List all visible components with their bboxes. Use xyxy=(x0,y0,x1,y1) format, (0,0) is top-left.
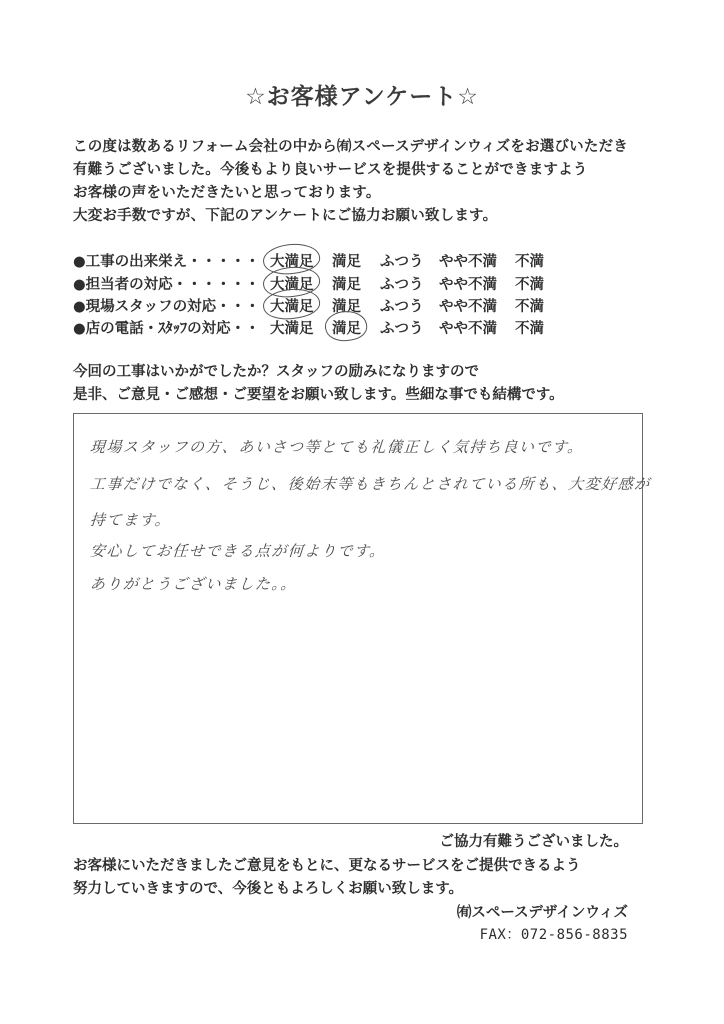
rating-option-very-satisfied[interactable]: 大満足 xyxy=(270,317,314,338)
rating-label: ●担当者の対応・・・・・・ xyxy=(73,273,260,294)
intro-line: お客様の声をいただきたいと思っております。 xyxy=(73,181,381,202)
rating-option-very-satisfied[interactable]: 大満足 xyxy=(270,295,314,316)
rating-option-neutral[interactable]: ふつう xyxy=(380,295,424,316)
company-name: ㈲スペースデザインウィズ xyxy=(457,901,628,922)
prompt-line: 是非、ご意見・ご感想・ご要望をお願い致します。些細な事でも結構です。 xyxy=(73,383,564,404)
rating-option-neutral[interactable]: ふつう xyxy=(380,273,424,294)
intro-line: 大変お手数ですが、下記のアンケートにご協力お願い致します。 xyxy=(73,204,497,225)
rating-option-dissatisfied[interactable]: 不満 xyxy=(515,250,544,271)
rating-option-dissatisfied[interactable]: 不満 xyxy=(515,295,544,316)
rating-label: ●現場スタッフの対応・・・ xyxy=(73,295,260,316)
rating-option-somewhat-dissatisfied[interactable]: やや不満 xyxy=(439,317,497,338)
rating-label: ●店の電話・ｽﾀｯﾌの対応・・ xyxy=(73,317,260,338)
rating-option-satisfied[interactable]: 満足 xyxy=(332,273,361,294)
rating-option-neutral[interactable]: ふつう xyxy=(380,317,424,338)
comment-line: 安心してお任せできる点が何よりです。 xyxy=(89,540,386,561)
rating-option-somewhat-dissatisfied[interactable]: やや不満 xyxy=(439,250,497,271)
thanks-text: ご協力有難うございました。 xyxy=(440,830,629,851)
intro-line: この度は数あるリフォーム会社の中から㈲スペースデザインウィズをお選びいただき xyxy=(73,135,628,156)
comment-line: 工事だけでなく、そうじ、後始末等もきちんとされている所も、大変好感が xyxy=(89,473,651,494)
rating-option-satisfied[interactable]: 満足 xyxy=(332,317,361,338)
rating-label: ●工事の出来栄え・・・・・ xyxy=(73,250,260,271)
footer-body-line: 努力していきますので、今後ともよろしくお願い致します。 xyxy=(73,877,463,898)
comment-line: ありがとうございました。。 xyxy=(89,573,297,594)
comment-line: 現場スタッフの方、あいさつ等とても礼儀正しく気持ち良いです。 xyxy=(89,436,584,457)
page-title: ☆お客様アンケート☆ xyxy=(0,78,724,111)
comment-line: 持てます。 xyxy=(89,509,172,530)
rating-row-staff-in-charge: ●担当者の対応・・・・・・ 大満足 満足 ふつう やや不満 不満 xyxy=(73,273,593,293)
rating-row-phone-staff: ●店の電話・ｽﾀｯﾌの対応・・ 大満足 満足 ふつう やや不満 不満 xyxy=(73,317,593,337)
rating-option-satisfied[interactable]: 満足 xyxy=(332,250,361,271)
rating-option-somewhat-dissatisfied[interactable]: やや不満 xyxy=(439,295,497,316)
rating-option-neutral[interactable]: ふつう xyxy=(380,250,424,271)
rating-option-somewhat-dissatisfied[interactable]: やや不満 xyxy=(439,273,497,294)
rating-option-dissatisfied[interactable]: 不満 xyxy=(515,273,544,294)
fax-number: FAX：072-856-8835 xyxy=(480,924,628,944)
rating-row-workmanship: ●工事の出来栄え・・・・・ 大満足 満足 ふつう やや不満 不満 xyxy=(73,250,593,270)
rating-option-dissatisfied[interactable]: 不満 xyxy=(515,317,544,338)
rating-row-site-staff: ●現場スタッフの対応・・・ 大満足 満足 ふつう やや不満 不満 xyxy=(73,295,593,315)
prompt-line: 今回の工事はいかがでしたか？スタッフの励みになりますので xyxy=(73,360,479,381)
intro-line: 有難うございました。今後もより良いサービスを提供することができますよう xyxy=(73,158,588,179)
footer-body-line: お客様にいただきましたご意見をもとに、更なるサービスをご提供できるよう xyxy=(73,854,581,875)
